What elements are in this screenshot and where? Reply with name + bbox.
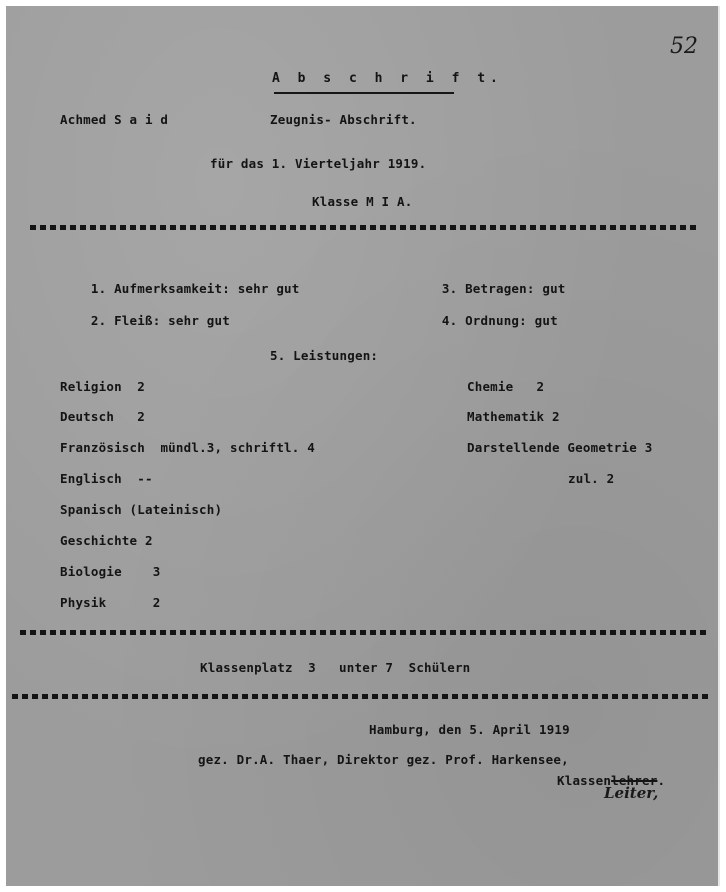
subject-row: Physik 2 bbox=[60, 597, 160, 610]
subject-row: Mathematik 2 bbox=[467, 411, 560, 424]
title-underline bbox=[274, 92, 454, 94]
divider-middle bbox=[20, 630, 708, 635]
document-type: Zeugnis- Abschrift. bbox=[270, 114, 417, 127]
document-title: A b s c h r i f t. bbox=[272, 72, 503, 85]
conduct-grade: sehr gut bbox=[168, 313, 230, 328]
conduct-grade: gut bbox=[542, 281, 565, 296]
handwritten-correction: Leiter, bbox=[604, 784, 658, 802]
performance-heading: 5. Leistungen: bbox=[270, 350, 378, 363]
subject-row: Englisch -- bbox=[60, 473, 153, 486]
subject-name: Französisch bbox=[60, 440, 145, 455]
page-number: 52 bbox=[670, 34, 698, 59]
subject-name: Chemie bbox=[467, 379, 513, 394]
subject-grade: mündl.3, schriftl. 4 bbox=[160, 440, 315, 455]
subject-name: Biologie bbox=[60, 564, 122, 579]
subject-row: Geschichte 2 bbox=[60, 535, 153, 548]
signatures: gez. Dr.A. Thaer, Direktor gez. Prof. Ha… bbox=[198, 754, 569, 767]
conduct-label: 4. Ordnung: bbox=[442, 313, 527, 328]
conduct-label: 1. Aufmerksamkeit: bbox=[91, 281, 230, 296]
document-page: 52 A b s c h r i f t. Achmed S a i d Zeu… bbox=[6, 6, 720, 886]
subject-grade: 3 bbox=[153, 564, 161, 579]
subject-grade: zul. 2 bbox=[568, 471, 614, 486]
subject-grade: 2 bbox=[552, 409, 560, 424]
subject-name: Deutsch bbox=[60, 409, 114, 424]
subject-row: zul. 2 bbox=[568, 473, 614, 486]
subject-grade: 2 bbox=[137, 409, 145, 424]
report-period: für das 1. Vierteljahr 1919. bbox=[210, 158, 426, 171]
subject-name: Englisch bbox=[60, 471, 122, 486]
conduct-order: 4. Ordnung: gut bbox=[411, 302, 558, 340]
subject-name: Darstellende Geometrie bbox=[467, 440, 637, 455]
subject-name: Geschichte bbox=[60, 533, 137, 548]
conduct-label: 2. Fleiß: bbox=[91, 313, 161, 328]
subject-row: Darstellende Geometrie 3 bbox=[467, 442, 652, 455]
subject-grade: 2 bbox=[537, 379, 545, 394]
subject-row: Religion 2 bbox=[60, 381, 145, 394]
divider-bottom bbox=[12, 694, 710, 699]
subject-row: Chemie 2 bbox=[467, 381, 544, 394]
role-suffix: . bbox=[657, 773, 665, 788]
class-name: Klasse M I A. bbox=[312, 196, 412, 209]
subject-row: Spanisch (Lateinisch) bbox=[60, 504, 222, 517]
place-date: Hamburg, den 5. April 1919 bbox=[369, 724, 570, 737]
divider-top bbox=[30, 225, 696, 230]
subject-row: Deutsch 2 bbox=[60, 411, 145, 424]
class-ranking: Klassenplatz 3 unter 7 Schülern bbox=[200, 662, 470, 675]
conduct-grade: sehr gut bbox=[238, 281, 300, 296]
conduct-label: 3. Betragen: bbox=[442, 281, 535, 296]
conduct-grade: gut bbox=[535, 313, 558, 328]
subject-name: Physik bbox=[60, 595, 106, 610]
role-prefix: Klassen bbox=[557, 773, 611, 788]
subject-name: Religion bbox=[60, 379, 122, 394]
conduct-diligence: 2. Fleiß: sehr gut bbox=[60, 302, 230, 340]
subject-row: Biologie 3 bbox=[60, 566, 160, 579]
subject-grade: 3 bbox=[645, 440, 653, 455]
subject-row: Französisch mündl.3, schriftl. 4 bbox=[60, 442, 315, 455]
subject-grade: 2 bbox=[153, 595, 161, 610]
subject-name: Mathematik bbox=[467, 409, 544, 424]
subject-grade: 2 bbox=[145, 533, 153, 548]
student-name: Achmed S a i d bbox=[60, 114, 168, 127]
subject-grade: 2 bbox=[137, 379, 145, 394]
subject-grade: -- bbox=[137, 471, 152, 486]
subject-name: Spanisch (Lateinisch) bbox=[60, 502, 222, 517]
